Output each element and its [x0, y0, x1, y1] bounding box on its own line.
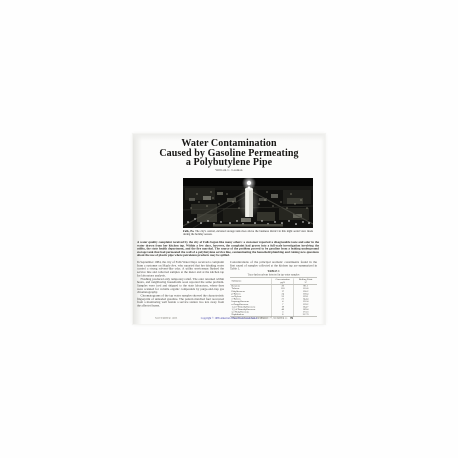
footer-volume: VOLUME 77, NUMBER 1176: [133, 317, 293, 320]
table-subtitle: Trace hydrocarbons detected in tap water…: [230, 274, 317, 277]
table-header-substance: Substance: [230, 280, 271, 283]
body-paragraph: Flushing produced only temporary relief.…: [137, 278, 224, 295]
body-paragraph: In September 1984, the city of Falls Wat…: [137, 261, 224, 278]
cell-concentration: 6: [271, 314, 293, 317]
cell-boiling-point: 217.9: [294, 314, 317, 317]
footer-volume-text: VOLUME 77, NUMBER 11: [258, 317, 288, 320]
table-header-concentration: Concentration μg/L: [271, 279, 293, 285]
body-paragraph: Chromatograms of the tap water samples s…: [137, 295, 224, 308]
table-body: Substance Concentration μg/L Boiling Poi…: [230, 278, 317, 317]
cell-substance: Naphthalene: [230, 314, 271, 317]
table-header-boiling-point: Boiling Point °C: [294, 279, 317, 285]
table-rows: Benzene 30 80.1 Toluene 118 110.6 Ethylb…: [230, 285, 317, 316]
photo-caption: Falls, Pa. The city's central, elevated …: [183, 230, 313, 236]
footer-page-number: 76: [290, 317, 293, 320]
article-title-line-3: a Polybutylene Pipe: [133, 158, 325, 168]
left-column: In September 1984, the city of Falls Wat…: [137, 261, 224, 308]
table-header-row: Substance Concentration μg/L Boiling Poi…: [230, 278, 317, 285]
bottom-light-band: [213, 224, 283, 227]
aerial-photo: [183, 178, 313, 228]
author-byline: William C. Lauman: [133, 169, 325, 172]
caption-text: The city's central, elevated storage tan…: [183, 230, 313, 236]
water-tower: [238, 185, 260, 219]
article-title: Water Contamination Caused by Gasoline P…: [133, 139, 325, 168]
intro-paragraph: A water quality complaint received by th…: [137, 241, 319, 257]
data-table: TABLE 1 Trace hydrocarbons detected in t…: [230, 270, 317, 320]
article-page: Water Contamination Caused by Gasoline P…: [133, 134, 325, 324]
scanned-journal-screenshot: Water Contamination Caused by Gasoline P…: [0, 0, 458, 458]
table-row: Naphthalene 6 217.9: [230, 314, 317, 317]
